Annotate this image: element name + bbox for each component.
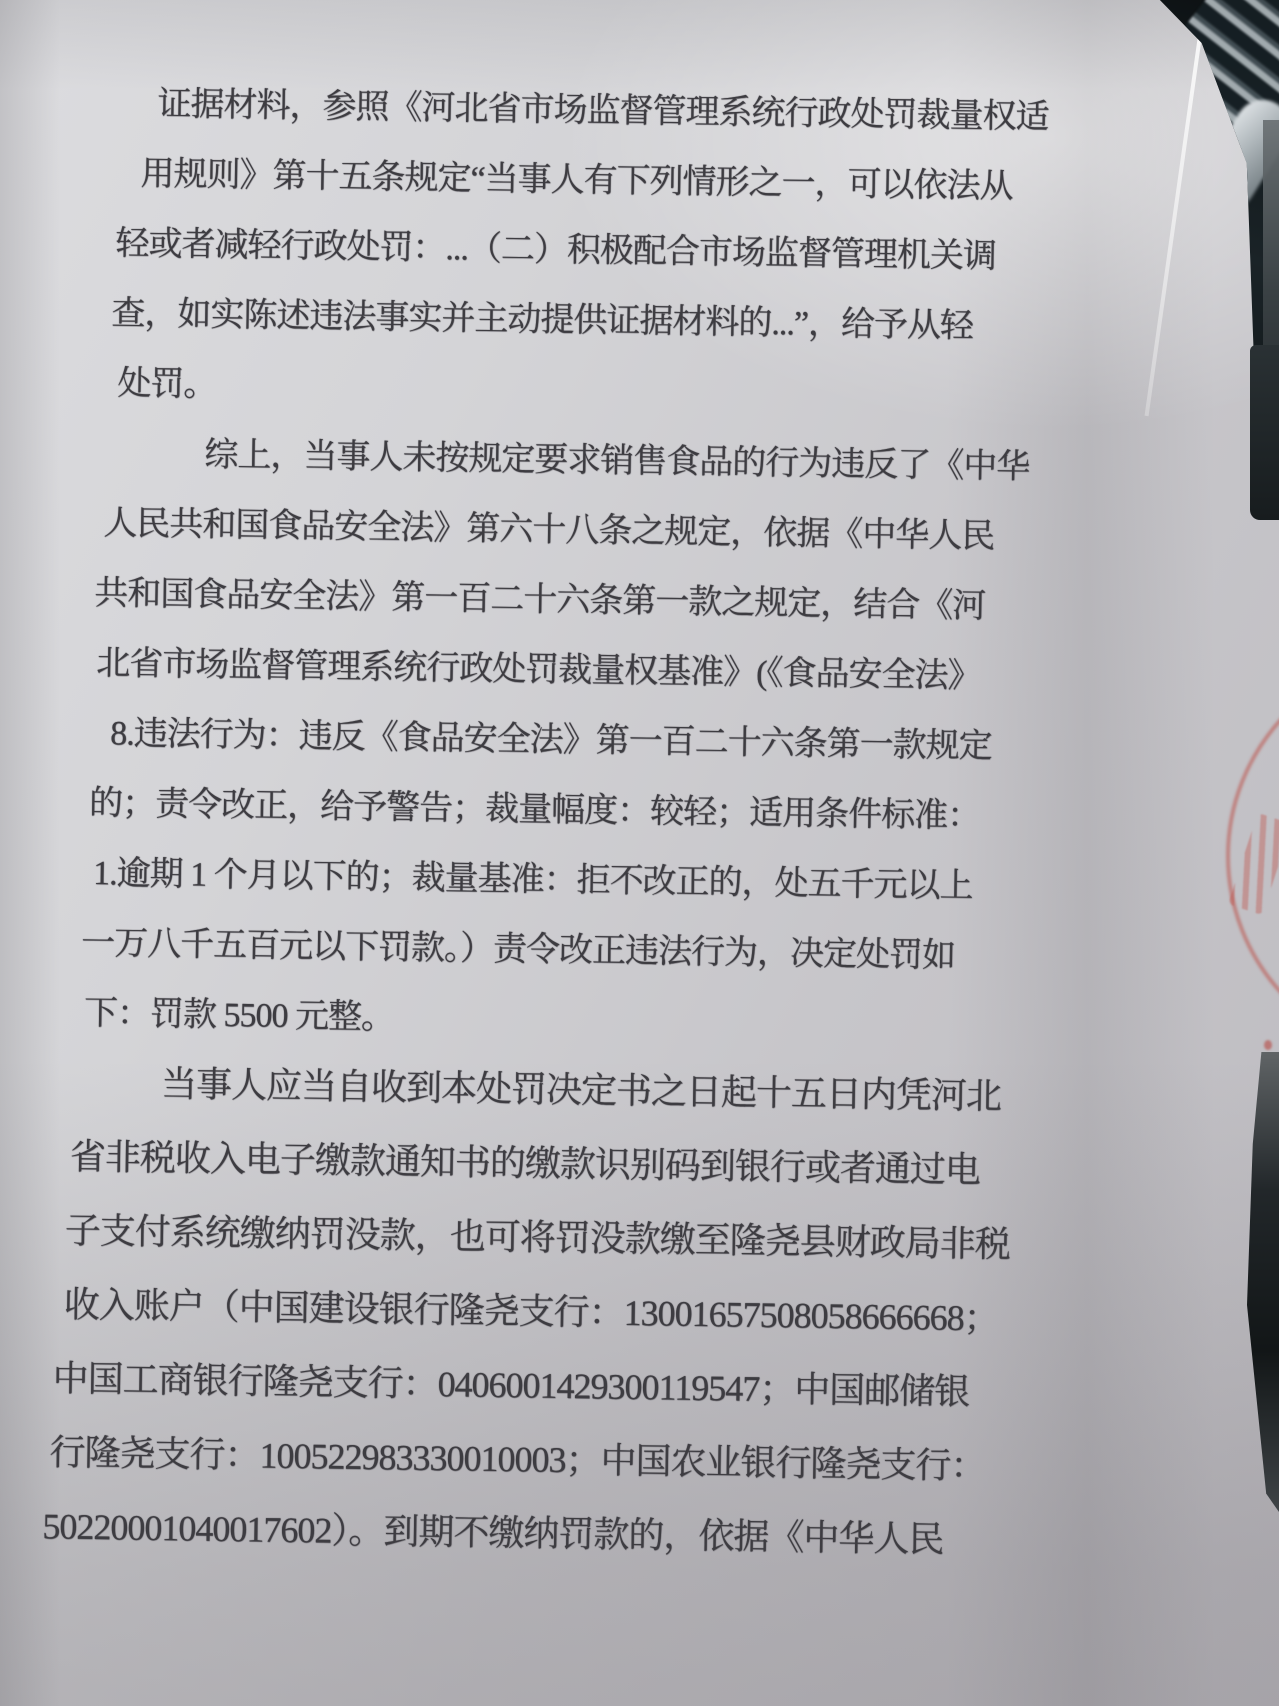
document-text: 证据材料，参照《河北省市场监督管理系统行政处罚裁量权适 用规则》第十五条规定“当… (0, 74, 1279, 1591)
document-paper: 证据材料，参照《河北省市场监督管理系统行政处罚裁量权适 用规则》第十五条规定“当… (0, 0, 1279, 1706)
background-right-edge-middle (1250, 345, 1279, 520)
photo-scene: 证据材料，参照《河北省市场监督管理系统行政处罚裁量权适 用规则》第十五条规定“当… (0, 0, 1279, 1706)
red-ink-dot (1264, 1040, 1272, 1050)
